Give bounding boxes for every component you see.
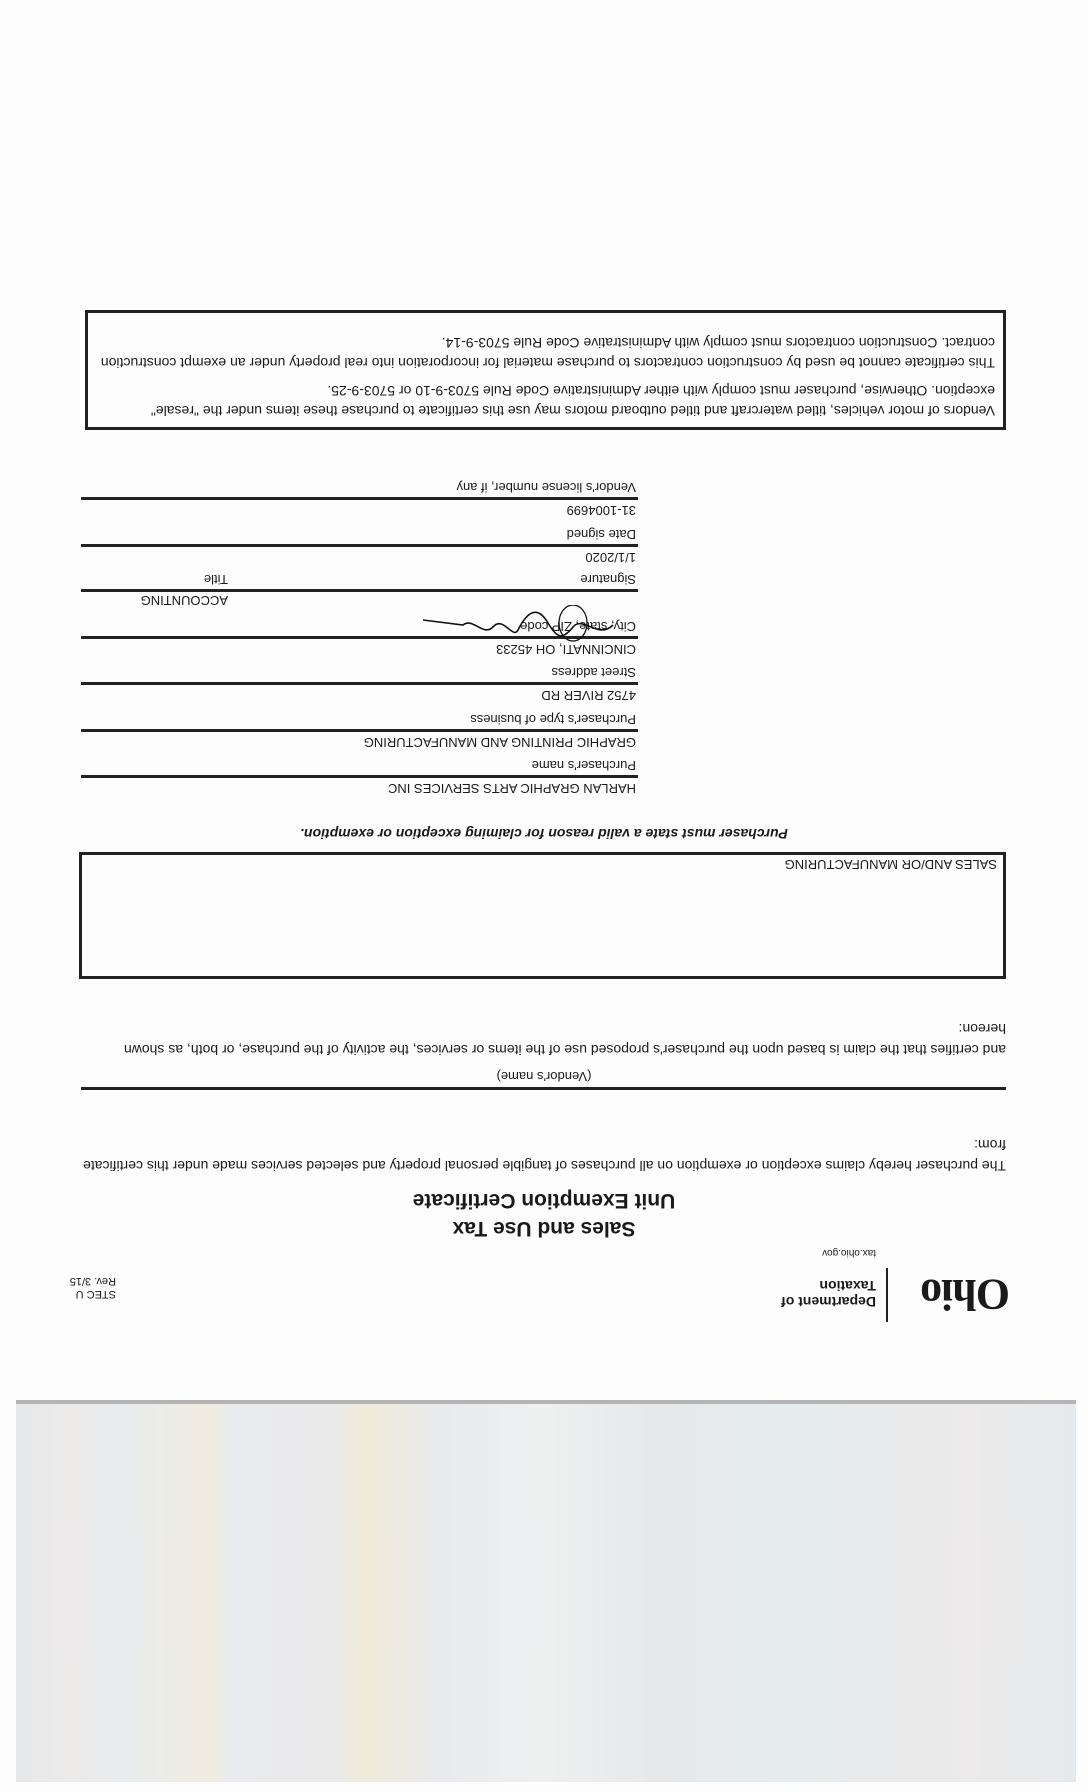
notice-box: Vendors of motor vehicles, titled waterc… (85, 310, 1006, 430)
scan-background-strip (16, 1400, 1076, 1782)
title-value: ACCOUNTING (141, 593, 228, 608)
signature-field[interactable] (81, 589, 638, 592)
department-url: tax.ohio.gov (822, 1247, 876, 1258)
signature-label: Signature (580, 572, 636, 587)
vendor-name-field[interactable] (81, 1087, 1006, 1090)
certification-statement: and certifies that the claim is based up… (80, 1018, 1006, 1060)
purchaser-name-field[interactable] (81, 775, 638, 778)
department-name-line2: Taxation (819, 1278, 876, 1294)
form-subtitle: Unit Exemption Certificate (0, 1188, 1088, 1212)
business-type-label: Purchaser's type of business (470, 712, 636, 727)
date-signed-field[interactable] (81, 544, 638, 547)
vendor-license-field[interactable] (81, 497, 638, 500)
notice-motor-vehicles: Vendors of motor vehicles, titled waterc… (96, 381, 995, 421)
intro-statement: The purchaser hereby claims exception or… (80, 1134, 1006, 1176)
vendor-name-caption: (Vendor's name) (0, 1069, 1088, 1084)
form-title: Sales and Use Tax (0, 1216, 1088, 1240)
exemption-certificate-form: Ohio Department of Taxation tax.ohio.gov… (0, 0, 1088, 1400)
ohio-logo-text: Ohio (921, 1270, 1010, 1319)
date-signed-value: 1/1/2020 (585, 550, 636, 565)
form-revision: Rev. 3/15 (70, 1274, 116, 1287)
logo-divider (886, 1268, 888, 1322)
purchaser-name-value: HARLAN GRAPHIC ARTS SERVICES INC (388, 781, 636, 796)
handwritten-signature (418, 605, 618, 645)
notice-construction-contractors: This certificate cannot be used by const… (96, 333, 995, 373)
title-label: Title (204, 572, 228, 587)
ohio-logo: Ohio (921, 1270, 1010, 1318)
form-code: STEC U Rev. 3/15 (70, 1274, 116, 1300)
business-type-value: GRAPHIC PRINTING AND MANUFACTURING (364, 735, 636, 750)
exemption-reason-field[interactable]: SALES AND/OR MANUFACTURING (79, 852, 1006, 979)
street-address-label: Street address (551, 665, 636, 680)
department-name-line1: Department of (781, 1294, 876, 1310)
business-type-field[interactable] (81, 729, 638, 732)
street-address-field[interactable] (81, 682, 638, 685)
exemption-reason-value: SALES AND/OR MANUFACTURING (785, 857, 997, 872)
vendor-license-value: 31-1004699 (567, 503, 636, 518)
purchaser-name-label: Purchaser's name (532, 758, 636, 773)
form-code-id: STEC U (70, 1287, 116, 1300)
street-address-value: 4752 RIVER RD (541, 688, 636, 703)
vendor-license-label: Vendor's license number, if any (456, 480, 636, 495)
date-signed-label: Date signed (567, 527, 636, 542)
reason-instruction: Purchaser must state a valid reason for … (0, 826, 1088, 842)
